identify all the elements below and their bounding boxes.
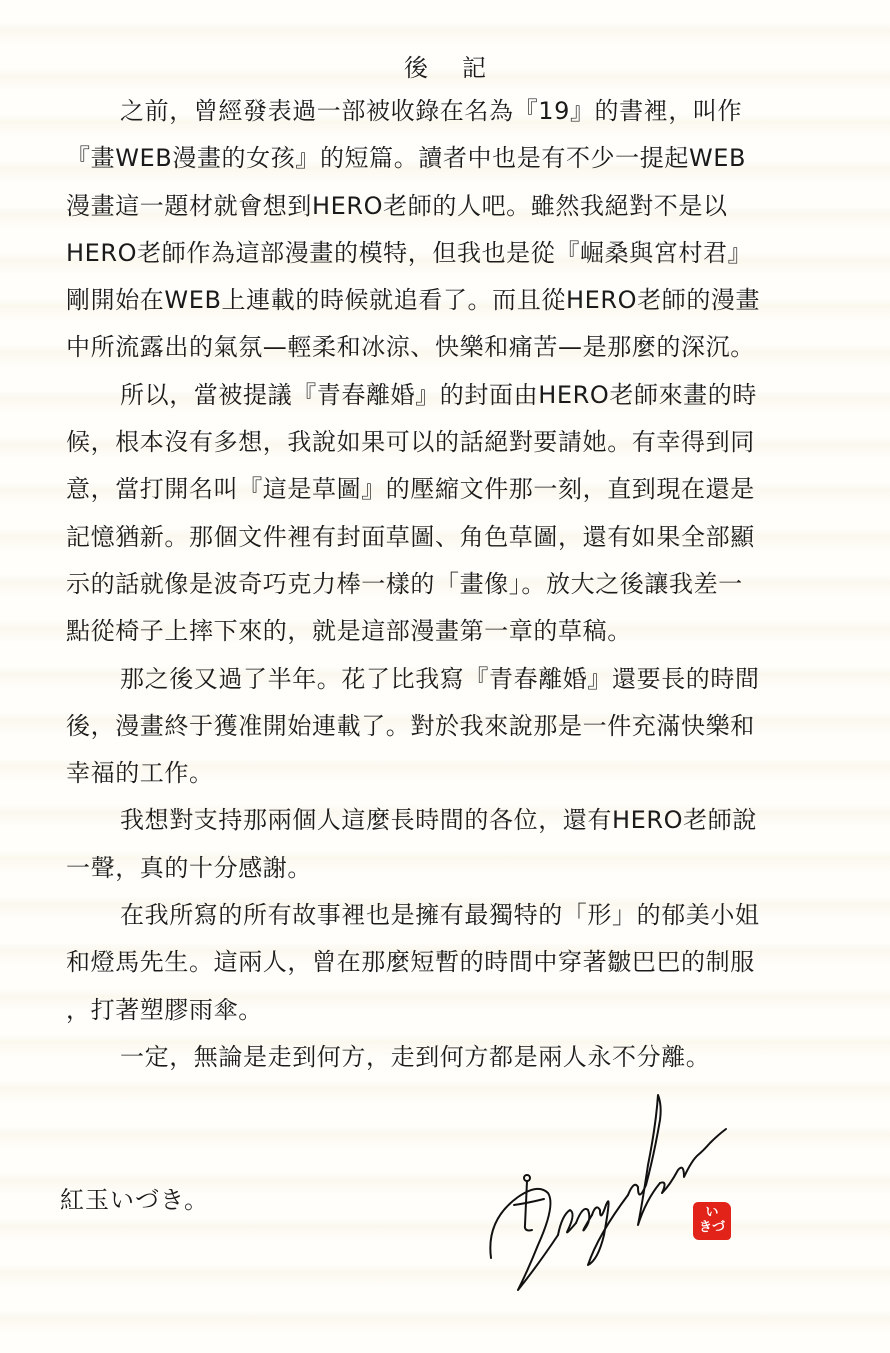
text-line: 意，當打開名叫『這是草圖』的壓縮文件那一刻，直到現在還是 — [66, 466, 836, 513]
text-line: 後，漫畫終于獲准開始連載了。對於我來說那是一件充滿快樂和 — [66, 703, 836, 750]
text-line: 在我所寫的所有故事裡也是擁有最獨特的「形」的郁美小姐 — [66, 892, 836, 939]
page-title: 後記 — [0, 48, 890, 83]
text-line: 剛開始在WEB上連載的時候就追看了。而且從HERO老師的漫畫 — [66, 277, 836, 324]
text-line: 之前，曾經發表過一部被收錄在名為『19』的書裡，叫作 — [66, 88, 836, 135]
text-line: 一定，無論是走到何方，走到何方都是兩人永不分離。 — [66, 1034, 836, 1081]
text-line: 示的話就像是波奇巧克力棒一樣的「畫像」。放大之後讓我差一 — [66, 561, 836, 608]
seal-text: きづ — [693, 1220, 731, 1235]
afterword-page: 後記 之前，曾經發表過一部被收錄在名為『19』的書裡，叫作 『畫WEB漫畫的女孩… — [0, 0, 890, 1353]
text-line: 候，根本沒有多想，我說如果可以的話絕對要請她。有幸得到同 — [66, 419, 836, 466]
text-line: ，打著塑膠雨傘。 — [66, 987, 836, 1034]
text-line: 幸福的工作。 — [66, 750, 836, 797]
seal-text: い — [693, 1205, 731, 1220]
red-seal-stamp: い きづ — [693, 1202, 731, 1240]
text-line: 『畫WEB漫畫的女孩』的短篇。讀者中也是有不少一提起WEB — [66, 135, 836, 182]
title-char: 後 — [404, 54, 428, 82]
text-line: 那之後又過了半年。花了比我寫『青春離婚』還要長的時間 — [66, 656, 836, 703]
text-line: 點從椅子上摔下來的，就是這部漫畫第一章的草稿。 — [66, 608, 836, 655]
signature-icon — [488, 1085, 768, 1300]
text-line: 一聲，真的十分感謝。 — [66, 845, 836, 892]
text-line: 漫畫這一題材就會想到HERO老師的人吧。雖然我絕對不是以 — [66, 183, 836, 230]
afterword-body: 之前，曾經發表過一部被收錄在名為『19』的書裡，叫作 『畫WEB漫畫的女孩』的短… — [66, 88, 836, 1081]
text-line: 我想對支持那兩個人這麼長時間的各位，還有HERO老師說 — [66, 797, 836, 844]
text-line: 所以，當被提議『青春離婚』的封面由HERO老師來畫的時 — [66, 372, 836, 419]
text-line: HERO老師作為這部漫畫的模特，但我也是從『崛桑與宮村君』 — [66, 230, 836, 277]
text-line: 中所流露出的氣氛—輕柔和冰涼、快樂和痛苦—是那麼的深沉。 — [66, 324, 836, 371]
text-line: 記憶猶新。那個文件裡有封面草圖、角色草圖，還有如果全部顯 — [66, 514, 836, 561]
author-name: 紅玉いづき。 — [60, 1180, 209, 1215]
title-char: 記 — [462, 54, 486, 82]
text-line: 和燈馬先生。這兩人，曾在那麼短暫的時間中穿著皺巴巴的制服 — [66, 939, 836, 986]
